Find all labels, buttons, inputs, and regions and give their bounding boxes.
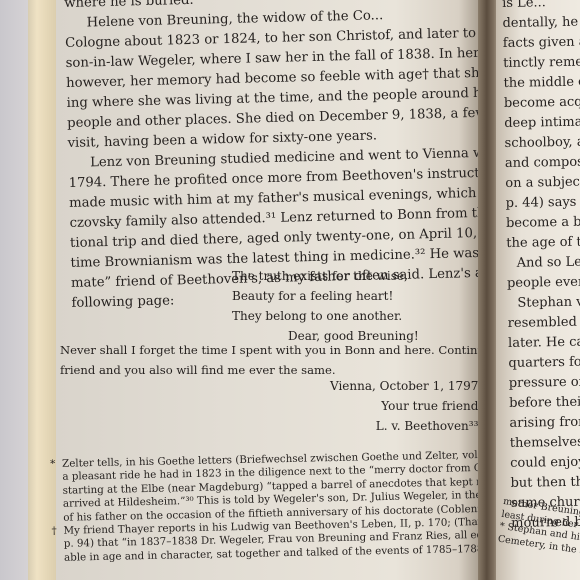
footnote-dagger-mark: † [51, 525, 63, 539]
signature-place-date: Vienna, October 1, 1797 [330, 376, 478, 396]
text-line: the middle one ... [503, 72, 580, 94]
text-line: could enjoy each ... [510, 452, 580, 474]
letter-signature: Vienna, October 1, 1797 Your true friend… [330, 376, 478, 436]
text-line: people ever saw ... [507, 272, 580, 294]
text-line: and composer, i... [505, 152, 580, 174]
album-poem: The truth exists for the wise, Beauty fo… [232, 266, 419, 346]
text-line: become acquain... [504, 92, 580, 114]
background-surface [0, 0, 30, 580]
text-line: p. 44) says of m... [505, 192, 580, 214]
text-line: schoolboy, a ch... [504, 132, 580, 154]
text-line: dentally, he (Be... [502, 12, 580, 34]
text-line: on a subjective ... [505, 172, 580, 194]
signature-name: L. v. Beethoven³³ [330, 416, 478, 436]
letter-text: Never shall I forget the time I spent wi… [60, 340, 546, 380]
text-line: before their death... [509, 392, 580, 414]
text-line: become a biogra... [506, 212, 580, 234]
footnote-asterisk-mark: * [50, 458, 62, 472]
text-line: Stephan von ... [507, 292, 580, 314]
text-line: resembled that o... [508, 312, 580, 334]
text-line: deep intimacy t... [504, 112, 580, 134]
poem-line: They belong to one another. [232, 306, 419, 326]
text-line: facts given abo... [503, 32, 580, 54]
text-line: tinctly rememb... [503, 52, 580, 74]
text-line: themselves close ... [510, 432, 580, 454]
text-line: pressure of the ci... [509, 372, 580, 394]
text-line: quarters for a lon... [508, 352, 580, 374]
right-page-footnotes: mother Breuning mu... least during her l… [497, 496, 580, 562]
poem-line: Beauty for a feeling heart! [232, 286, 419, 306]
text-line: later. He came to... [508, 332, 580, 354]
right-page-body-text: is Le... dentally, he (Be... facts given… [502, 0, 580, 534]
right-page: is Le... dentally, he (Be... facts given… [496, 0, 580, 580]
text-line: And so Lenz e... [507, 252, 580, 274]
text-line: but then they wen... [510, 472, 580, 494]
poem-line: The truth exists for the wise, [232, 266, 419, 286]
text-line: the age of ten do... [506, 232, 580, 254]
text-line: arising from his ... [509, 412, 580, 434]
letter-line: Never shall I forget the time I spent wi… [60, 340, 546, 360]
signature-closing: Your true friend [330, 396, 478, 416]
